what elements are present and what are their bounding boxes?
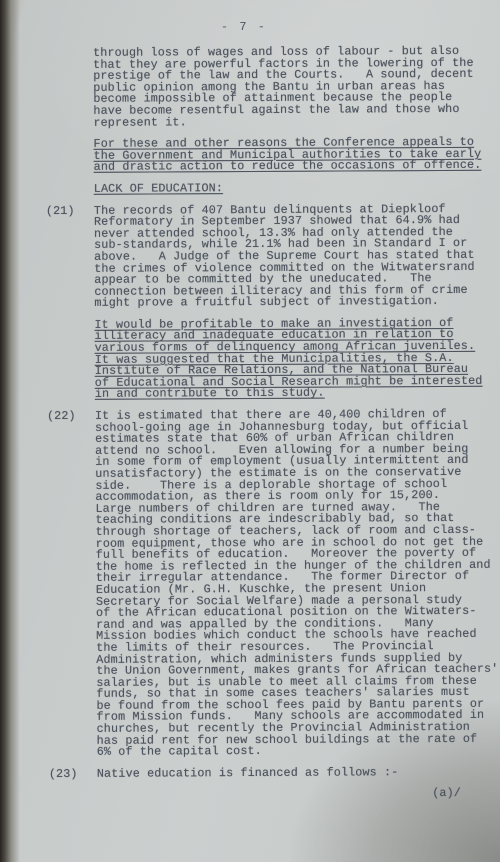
item-21-note-row: It would be profitable to make an invest… — [46, 318, 496, 402]
paragraph-label-spacer — [49, 790, 97, 802]
item-21-paragraph: The records of 407 Bantu delinquents at … — [94, 203, 495, 309]
item-21-row: (21) The records of 407 Bantu delinquent… — [46, 203, 497, 310]
catchword-row: (a)/ — [49, 788, 499, 802]
item-21-label: (21) — [46, 205, 95, 310]
item-22-paragraph: It is estimated that there are 40,400 ch… — [95, 409, 497, 759]
conference-appeal-paragraph: For these and other reasons the Conferen… — [94, 137, 494, 174]
catchword: (a)/ — [97, 788, 499, 802]
item-22-label: (22) — [47, 411, 97, 759]
intro-paragraph-row: through loss of wages and loss of labour… — [45, 46, 495, 130]
item-23-row: (23) Native education is financed as fol… — [49, 767, 499, 781]
page-number: - 7 - — [0, 19, 488, 36]
intro-paragraph: through loss of wages and loss of labour… — [93, 46, 493, 129]
section-heading: LACK OF EDUCATION: — [94, 182, 494, 196]
paragraph-label-spacer — [46, 320, 94, 401]
page-content: through loss of wages and loss of labour… — [45, 46, 499, 812]
section-heading-row: LACK OF EDUCATION: — [46, 182, 496, 196]
item-23-paragraph: Native education is financed as follows … — [97, 767, 497, 781]
paragraph-label-spacer — [45, 48, 93, 129]
paragraph-label-spacer — [46, 184, 94, 196]
item-23-label: (23) — [49, 769, 97, 781]
item-21-note-paragraph: It would be profitable to make an invest… — [94, 318, 494, 401]
paragraph-label-spacer — [46, 139, 94, 174]
document-page: - 7 - through loss of wages and loss of … — [0, 0, 500, 862]
item-22-row: (22) It is estimated that there are 40,4… — [47, 409, 499, 759]
conference-appeal-row: For these and other reasons the Conferen… — [46, 137, 496, 174]
